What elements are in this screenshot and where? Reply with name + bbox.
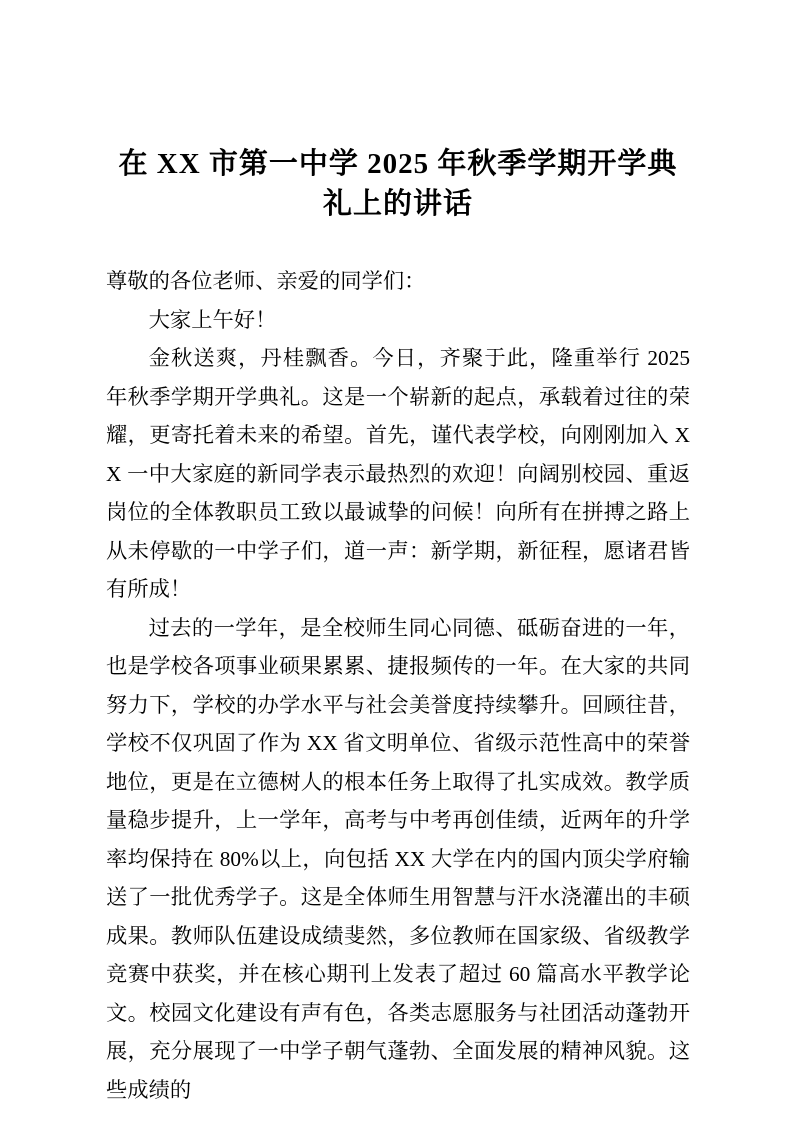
document-title: 在 XX 市第一中学 2025 年秋季学期开学典礼上的讲话 bbox=[106, 144, 690, 224]
document-page: 在 XX 市第一中学 2025 年秋季学期开学典礼上的讲话 尊敬的各位老师、亲爱… bbox=[0, 0, 793, 1122]
paragraph-opening-welcome: 金秋送爽，丹桂飘香。今日，齐聚于此，隆重举行 2025 年秋季学期开学典礼。这是… bbox=[106, 339, 690, 609]
salutation-line: 尊敬的各位老师、亲爱的同学们： bbox=[106, 262, 690, 301]
paragraph-greeting: 大家上午好！ bbox=[106, 301, 690, 340]
paragraph-year-in-review: 过去的一学年，是全校师生同心同德、砥砺奋进的一年，也是学校各项事业硕果累累、捷报… bbox=[106, 609, 690, 1110]
document-body: 尊敬的各位老师、亲爱的同学们： 大家上午好！ 金秋送爽，丹桂飘香。今日，齐聚于此… bbox=[106, 262, 690, 1109]
